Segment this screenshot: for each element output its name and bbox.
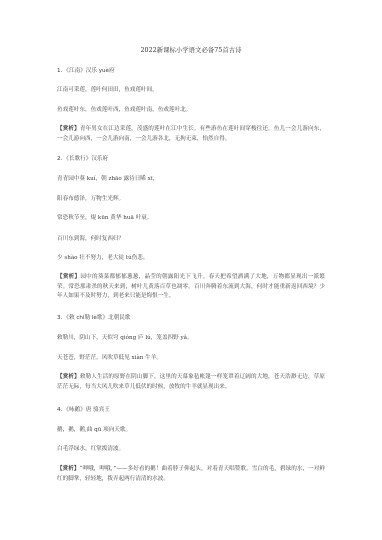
analysis-tag: 【赏析】	[57, 466, 80, 472]
analysis-text: 敕勒人生活的原野在阴山脚下，这里的天幕象毡帐篷一样笼罩着辽阔的大地，苍天浩渺无边…	[57, 374, 325, 390]
poem-analysis: 【赏析】“呷哦，呷哦，”——多好看的鹅！曲着脖子仰起头，对着青天唱赞歌。雪白的毛…	[57, 465, 325, 484]
poem-heading: 2．《长歌行》汉乐府	[57, 155, 327, 164]
poem-line: 鱼戏莲叶东，鱼戏莲叶西，鱼戏莲叶南，鱼戏莲叶北。	[57, 106, 327, 115]
poem-analysis: 【赏析】园中的葵菜都郁郁葱葱，晶莹的朝露阳光下飞升。春天把希望洒满了大地，万物都…	[57, 273, 325, 302]
poem-line: 少 shào 壮不努力，老大徒 tú伤悲。	[57, 254, 327, 263]
analysis-tag: 【赏析】	[57, 274, 80, 280]
analysis-tag: 【赏析】	[57, 126, 80, 132]
poem-line: 江南可采莲，莲叶何田田，鱼戏莲叶间，	[57, 86, 327, 95]
analysis-text: 园中的葵菜都郁郁葱葱，晶莹的朝露阳光下飞升。春天把希望洒满了大地，万物都显现出一…	[57, 274, 325, 299]
poem-line: 青青园中葵 kuí，朝 zhāo 露待日晞 xī，	[57, 175, 327, 184]
analysis-text: 青年男女在江边采莲，茂盛的莲叶在江中生长。有些游鱼在莲叶间穿梭往还，鱼儿一会儿游…	[57, 126, 325, 142]
poem-line: 鹅，鹅，鹅,曲 qū 项向天歌。	[57, 426, 327, 435]
document-page: 2022新课标小学语文必备75首古诗 1．《江南》汉乐 yuè府 江南可采莲，莲…	[0, 0, 382, 540]
analysis-text: “呷哦，呷哦，”——多好看的鹅！曲着脖子仰起头，对着青天唱赞歌。雪白的毛，碧绿的…	[57, 466, 325, 482]
document-title: 2022新课标小学语文必备75首古诗	[0, 46, 382, 55]
poem-line: 天苍苍，野茫茫，风吹草低见 xiàn 牛羊。	[57, 354, 327, 363]
poem-line: 阳春布德泽，万物生光辉。	[57, 195, 327, 204]
poem-line: 敕勒川，阴山下，天似穹 qióng 庐 lú，笼盖四野 yǎ。	[57, 334, 327, 343]
poem-heading: 1．《江南》汉乐 yuè府	[57, 67, 327, 76]
poem-analysis: 【赏析】敕勒人生活的原野在阴山脚下，这里的天幕象毡帐篷一样笼罩着辽阔的大地，苍天…	[57, 373, 325, 392]
poem-heading: 4．《咏鹅》唐 骆宾王	[57, 406, 327, 415]
analysis-tag: 【赏析】	[57, 374, 80, 380]
poem-line: 常恐秋节至，焜 kūn 黄华 huā 叶衰。	[57, 214, 327, 223]
poem-line: 白毛浮绿水，红掌拨清波。	[57, 445, 327, 454]
poem-heading: 3．《敕 chì勒 lè歌》北朝民歌	[57, 314, 327, 323]
poem-line: 百川东到海，何时复西归？	[57, 235, 327, 244]
poem-analysis: 【赏析】青年男女在江边采莲，茂盛的莲叶在江中生长。有些游鱼在莲叶间穿梭往还，鱼儿…	[57, 125, 325, 144]
